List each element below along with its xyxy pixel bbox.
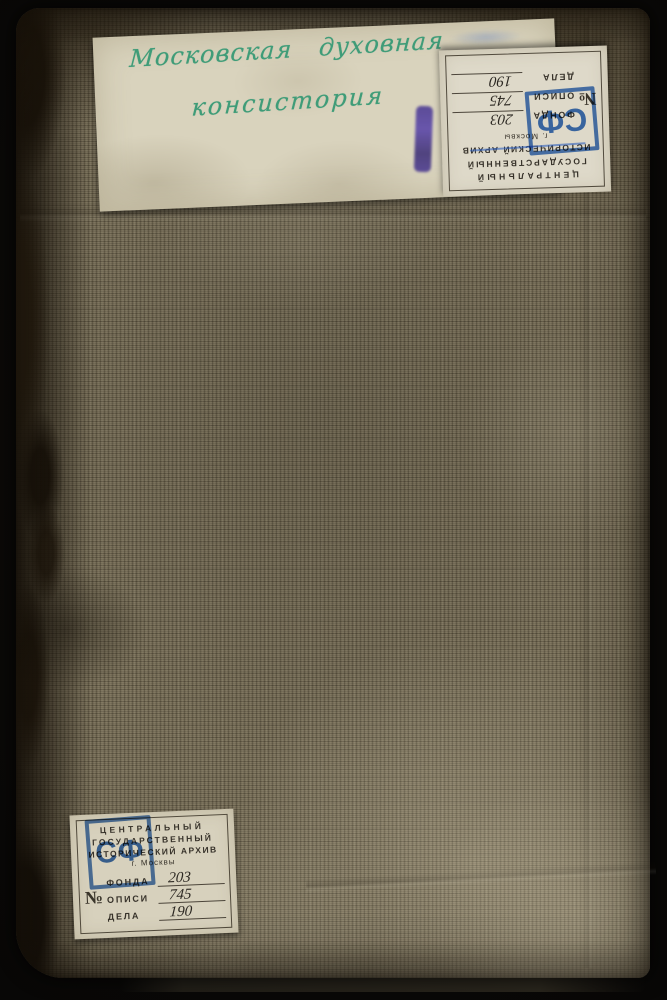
- field-value-handwritten: 190: [450, 72, 522, 89]
- field-label: ДЕЛА: [108, 910, 160, 923]
- sf-stamp: СФ: [525, 86, 600, 156]
- book-cover-burlap: Московская духовная консистория ЦЕНТРАЛЬ…: [16, 8, 650, 978]
- field-value-handwritten: 190: [159, 903, 227, 921]
- photo-background: Московская духовная консистория ЦЕНТРАЛЬ…: [0, 0, 667, 1000]
- field-value-handwritten: 745: [451, 91, 523, 108]
- fold-crease-bottom: [306, 861, 656, 893]
- archive-org-line-1: ЦЕНТРАЛЬНЫЙ: [450, 169, 604, 184]
- handwritten-title-line-2: консистория: [191, 81, 385, 121]
- numero-sign: №: [81, 887, 108, 909]
- field-label: ОПИСИ: [107, 893, 159, 906]
- field-value-handwritten: 203: [451, 110, 523, 127]
- archive-org-line-2: ГОСУДАРСТВЕННЫЙ: [449, 156, 603, 171]
- handwritten-title-line-1: Московская духовная: [129, 26, 445, 73]
- violet-stamp-mark: [414, 106, 433, 173]
- field-value-handwritten: 745: [158, 886, 226, 904]
- archive-label-top-inverted: ЦЕНТРАЛЬНЫЙ ГОСУДАРСТВЕННЫЙ ИСТОРИЧЕСКИЙ…: [439, 46, 611, 197]
- archive-label-bottom: ЦЕНТРАЛЬНЫЙ ГОСУДАРСТВЕННЫЙ ИСТОРИЧЕСКИЙ…: [69, 809, 238, 940]
- sf-stamp: СФ: [84, 815, 155, 890]
- ink-smudge: [449, 28, 524, 47]
- archival-photo: { "handwritten_label": { "line1": "Моско…: [0, 0, 667, 1000]
- field-value-handwritten: 203: [158, 869, 226, 887]
- field-label: ДЕЛА: [522, 71, 574, 84]
